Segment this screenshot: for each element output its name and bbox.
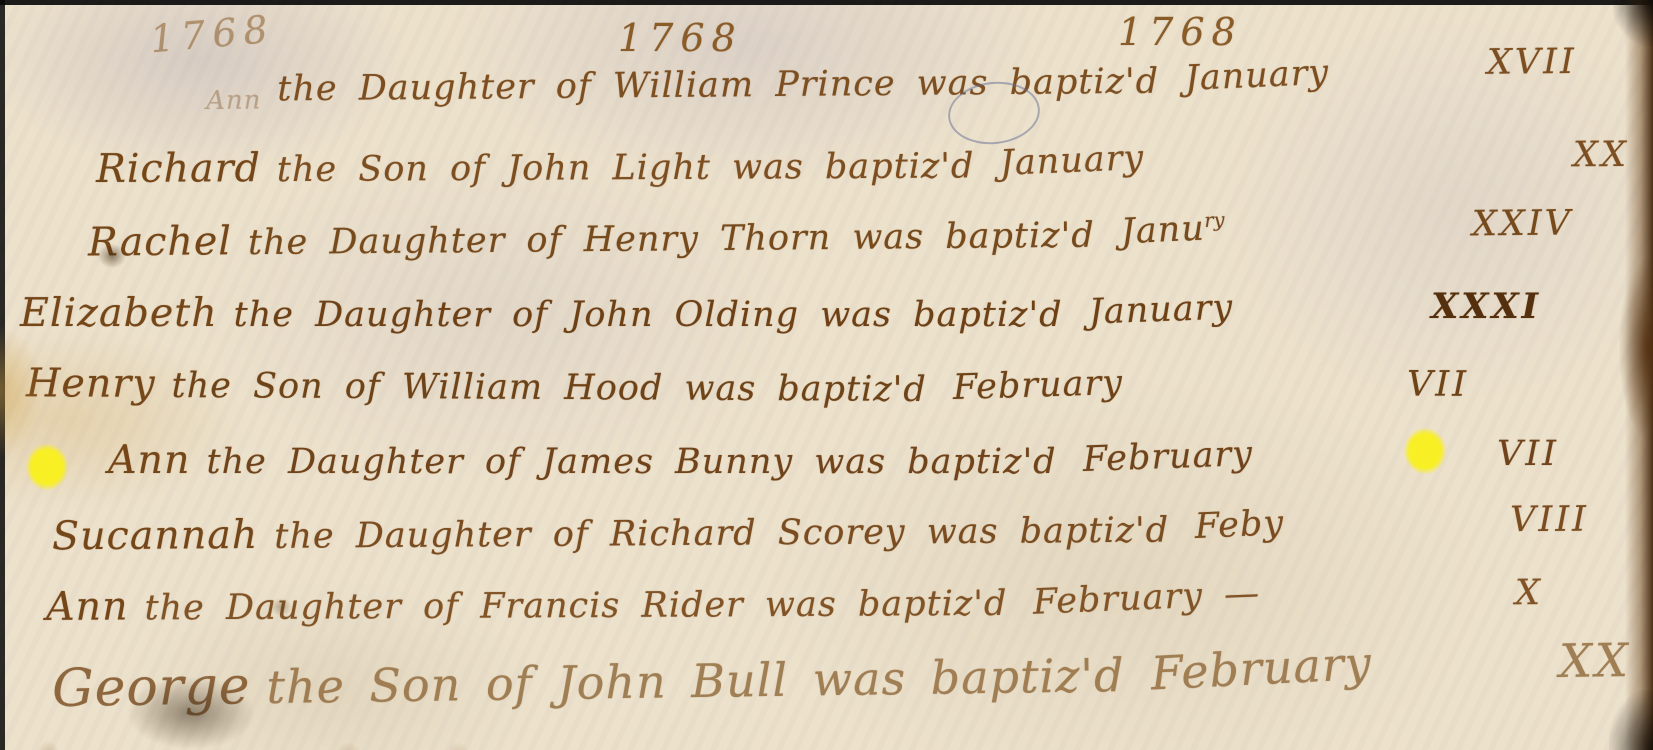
entry-month: February	[952, 363, 1123, 408]
entry-month: January	[1184, 53, 1330, 99]
year-heading-center: 1768	[618, 16, 743, 60]
entry-day-numeral: XXIV	[1472, 204, 1573, 245]
manuscript-page: 1768 1768 1768 Ann the Daughter of Willi…	[0, 0, 1653, 750]
entry-body: the Son of John Light was baptiz'd	[277, 146, 975, 190]
entry-body: the Son of William Hood was baptiz'd	[172, 366, 927, 410]
paper-stain	[0, 326, 42, 456]
entry-body: the Son of John Bull was baptiz'd	[266, 648, 1125, 714]
baptism-entry: George the Son of John Bull was baptiz'd…	[52, 637, 1632, 719]
entry-month: Janury	[1120, 208, 1226, 253]
scan-edge-top	[0, 0, 1653, 5]
year-heading-right: 1768	[1118, 10, 1243, 54]
entry-day-numeral: XVII	[1487, 42, 1577, 83]
entry-body: the Daughter of John Olding was baptiz'd	[234, 295, 1063, 335]
ink-smudge	[126, 676, 256, 750]
entry-name: Ann	[46, 583, 129, 629]
ink-stain	[1619, 258, 1653, 438]
month-text: January	[1184, 53, 1330, 99]
entry-day-numeral: XXXI	[1431, 286, 1541, 327]
baptism-entry: Ann the Daughter of James Bunny was bapt…	[108, 437, 1559, 483]
entry-name: Ann	[206, 85, 262, 115]
baptism-entry: Elizabeth the Daughter of John Olding wa…	[20, 290, 1541, 336]
entry-month: February —	[1032, 574, 1261, 623]
month-text: February	[1149, 636, 1372, 701]
month-text: February	[1082, 434, 1253, 480]
baptism-entry: Richard the Son of John Light was baptiz…	[96, 138, 1629, 192]
entry-month: February	[1082, 434, 1253, 480]
month-text: February	[952, 363, 1123, 408]
baptism-entry: Sucannah the Daughter of Richard Scorey …	[52, 503, 1589, 560]
entry-day-numeral: XX	[1559, 633, 1631, 688]
ink-blot	[270, 598, 292, 616]
entry-name: Henry	[26, 360, 156, 407]
baptism-entry: Rachel the Daughter of Henry Thorn was b…	[88, 207, 1573, 266]
month-text: January	[999, 138, 1145, 184]
yellow-dot-icon	[1404, 428, 1446, 474]
month-text: Janu	[1120, 209, 1206, 253]
month-text: January	[1088, 287, 1234, 332]
scan-corner-shadow	[1613, 0, 1653, 46]
entry-day-numeral: XX	[1573, 135, 1629, 175]
entry-month: February	[1149, 636, 1372, 701]
entry-body: the Daughter of Henry Thorn was baptiz'd	[248, 216, 1095, 263]
month-superscript: ry	[1204, 208, 1225, 232]
entry-name: Richard	[96, 145, 261, 192]
entry-month: Feby	[1194, 503, 1285, 547]
cutoff-line-strokes	[28, 728, 648, 750]
entry-body: the Daughter of Richard Scorey was bapti…	[274, 511, 1169, 557]
entry-day-numeral: VIII	[1510, 500, 1589, 541]
entry-name: Sucannah	[52, 512, 259, 559]
year-heading-left: 1768	[148, 7, 276, 62]
baptism-entry: Ann the Daughter of William Prince was b…	[206, 58, 1577, 110]
entry-body: the Daughter of James Bunny was baptiz'd	[207, 442, 1057, 482]
entry-month: January	[999, 138, 1145, 184]
entry-day-numeral: X	[1515, 573, 1543, 613]
entry-day-numeral: VII	[1407, 364, 1469, 404]
entry-month: January	[1088, 287, 1234, 332]
baptism-entry: Henry the Son of William Hood was baptiz…	[26, 360, 1469, 414]
ink-blot	[98, 244, 126, 268]
month-text: February —	[1032, 574, 1261, 623]
entry-name: Elizabeth	[20, 290, 218, 336]
entry-name: Ann	[108, 437, 191, 483]
entry-day-numeral: VII	[1497, 434, 1559, 474]
month-text: Feby	[1194, 503, 1285, 547]
scan-corner-shadow	[1609, 690, 1653, 750]
